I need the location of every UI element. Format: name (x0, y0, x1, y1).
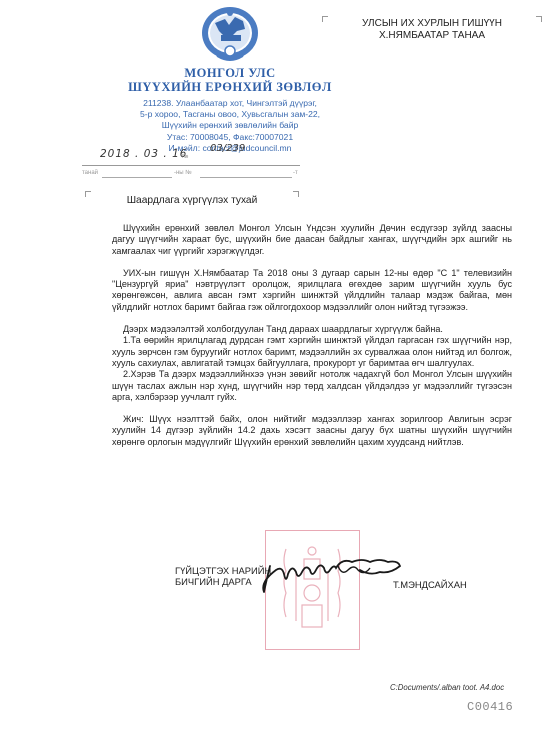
demand-item: 1.Та өөрийн ярилцлагад дурдсан гэмт хэрг… (112, 335, 512, 369)
address-line: 211238. Улаанбаатар хот, Чингэлтэй дүүрэ… (60, 98, 400, 109)
state-emblem-icon (185, 5, 275, 67)
handwritten-date: 2018 . 03 . 16 (100, 148, 187, 160)
recipient-title: УЛСЫН ИХ ХУРЛЫН ГИШҮҮН (322, 18, 542, 30)
corner-mark (293, 191, 299, 197)
ref-blank (200, 177, 292, 178)
org-name-country: МОНГОЛ УЛС (60, 66, 400, 81)
demand-item: 2.Хэрэв Та дээрх мэдээллийнхээ үнэн зөви… (112, 369, 512, 403)
subject-line: Шаардлага хүргүүлэх тухай (87, 195, 297, 206)
handwritten-number: 03/239 (210, 143, 245, 154)
corner-mark (85, 191, 91, 197)
file-path-footer: C:Documents/.alban toot. A4.doc (390, 683, 504, 692)
paragraph: Шүүхийн ерөнхий зөвлөл Монгол Улсын Үндс… (112, 223, 512, 257)
ref-label-to: -т (293, 170, 298, 176)
subject-text: Шаардлага хүргүүлэх тухай (127, 195, 258, 206)
handwritten-signature (230, 552, 410, 598)
address-line: Шүүхийн ерөнхий зөвлөлийн байр (60, 120, 400, 131)
paragraph: УИХ-ын гишүүн Х.Нямбаатар Та 2018 оны 3 … (112, 268, 512, 313)
paragraph: Дээрх мэдээлэлтэй холбогдуулан Танд дара… (112, 324, 512, 335)
signatory-name: Т.МЭНДСАЙХАН (393, 579, 467, 590)
corner-mark (536, 16, 542, 22)
org-name-council: ШҮҮХИЙН ЕРӨНХИЙ ЗӨВЛӨЛ (60, 80, 400, 95)
note-paragraph: Жич: Шүүх нээлттэй байх, олон нийтийг мэ… (112, 414, 512, 448)
recipient-block: УЛСЫН ИХ ХУРЛЫН ГИШҮҮН Х.НЯМБААТАР ТАНАА (322, 18, 542, 42)
ref-label-number: -ны № (174, 170, 192, 176)
corner-mark (322, 16, 328, 22)
letter-body: Шүүхийн ерөнхий зөвлөл Монгол Улсын Үндс… (112, 223, 512, 448)
recipient-name: Х.НЯМБААТАР ТАНАА (322, 30, 542, 42)
ref-label-yours: танай (82, 170, 98, 176)
reference-line: танай -ны № -т (82, 170, 300, 180)
ref-blank (102, 177, 172, 178)
serial-number: C00416 (467, 700, 513, 714)
address-line: 5-р хороо, Тасганы овоо, Хувьсгалын зам-… (60, 109, 400, 120)
number-label: № (182, 154, 188, 160)
phone-fax: Утас: 70008045, Факс:70007021 (60, 132, 400, 143)
